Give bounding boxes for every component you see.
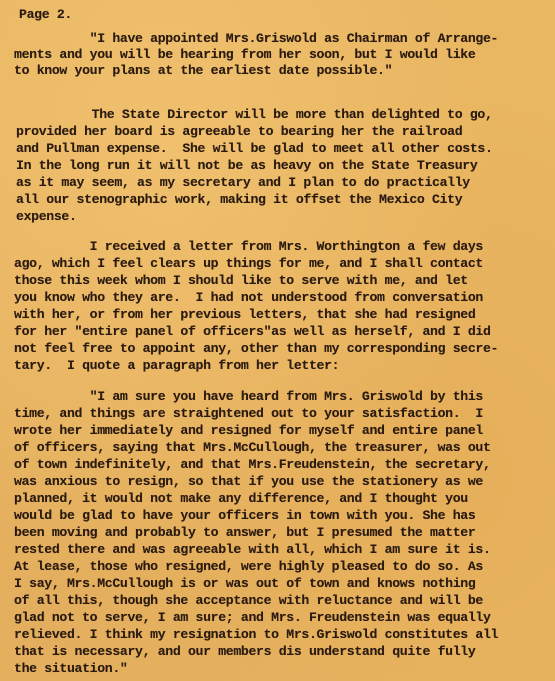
paragraph-3-line: tary. I quote a paragraph from her lette… <box>14 358 339 374</box>
typewritten-letter-page: Page 2. "I have appointed Mrs.Griswold a… <box>0 0 555 681</box>
paragraph-3-line: those this week whom I should like to se… <box>14 273 468 289</box>
paragraph-2-line: provided her board is agreeable to beari… <box>16 124 462 140</box>
paragraph-4-line: time, and things are straightened out to… <box>14 406 483 422</box>
paragraph-4-line: At lease, those who resigned, were highl… <box>14 559 483 575</box>
paragraph-1-line: "I have appointed Mrs.Griswold as Chairm… <box>14 31 498 47</box>
paragraph-3-line: for her "entire panel of officers"as wel… <box>14 324 491 340</box>
paragraph-2-line: all our stenographic work, making it off… <box>16 192 462 208</box>
paragraph-3-line: with her, or from her previous letters, … <box>14 307 475 323</box>
paragraph-3-line: you know who they are. I had not underst… <box>14 290 483 306</box>
paragraph-2-line: and Pullman expense. She will be glad to… <box>16 141 493 157</box>
paragraph-3-line: not feel free to appoint any, other than… <box>14 341 498 357</box>
page-number-header: Page 2. <box>19 7 72 23</box>
paragraph-4-line: of town indefinitely, and that Mrs.Freud… <box>14 457 491 473</box>
paragraph-4-line: relieved. I think my resignation to Mrs.… <box>14 627 498 643</box>
paragraph-4-line: planned, it would not make any differenc… <box>14 491 468 507</box>
paragraph-4-line: of all this, though she acceptance with … <box>14 593 483 609</box>
paragraph-4-line: was anxious to resign, so that if you us… <box>14 474 483 490</box>
paragraph-4-line: the situation." <box>14 661 127 677</box>
paragraph-3-line: I received a letter from Mrs. Worthingto… <box>14 239 483 255</box>
paragraph-3-line: ago, which I feel clears up things for m… <box>14 256 483 272</box>
paragraph-2-line: The State Director will be more than del… <box>16 107 493 123</box>
paragraph-2-line: expense. <box>16 209 77 225</box>
paragraph-4-line: glad not to serve, I am sure; and Mrs. F… <box>14 610 491 626</box>
paragraph-2-line: as it may seem, as my secretary and I pl… <box>16 175 470 191</box>
paragraph-4-line: that is necessary, and our members dis u… <box>14 644 475 660</box>
paragraph-4-line: been moving and probably to answer, but … <box>14 525 475 541</box>
paragraph-4-line: of officers, saying that Mrs.McCullough,… <box>14 440 491 456</box>
paragraph-4-line: "I am sure you have heard from Mrs. Gris… <box>14 389 483 405</box>
paragraph-4-line: would be glad to have your officers in t… <box>14 508 475 524</box>
paragraph-4-line: wrote her immediately and resigned for m… <box>14 423 483 439</box>
paragraph-1-line: to know your plans at the earliest date … <box>14 63 392 79</box>
paragraph-4-line: I say, Mrs.McCullough is or was out of t… <box>14 576 475 592</box>
paragraph-1-line: ments and you will be hearing from her s… <box>14 47 475 63</box>
paragraph-2-line: In the long run it will not be as heavy … <box>16 158 477 174</box>
paragraph-4-line: rested there and was agreeable with all,… <box>14 542 491 558</box>
